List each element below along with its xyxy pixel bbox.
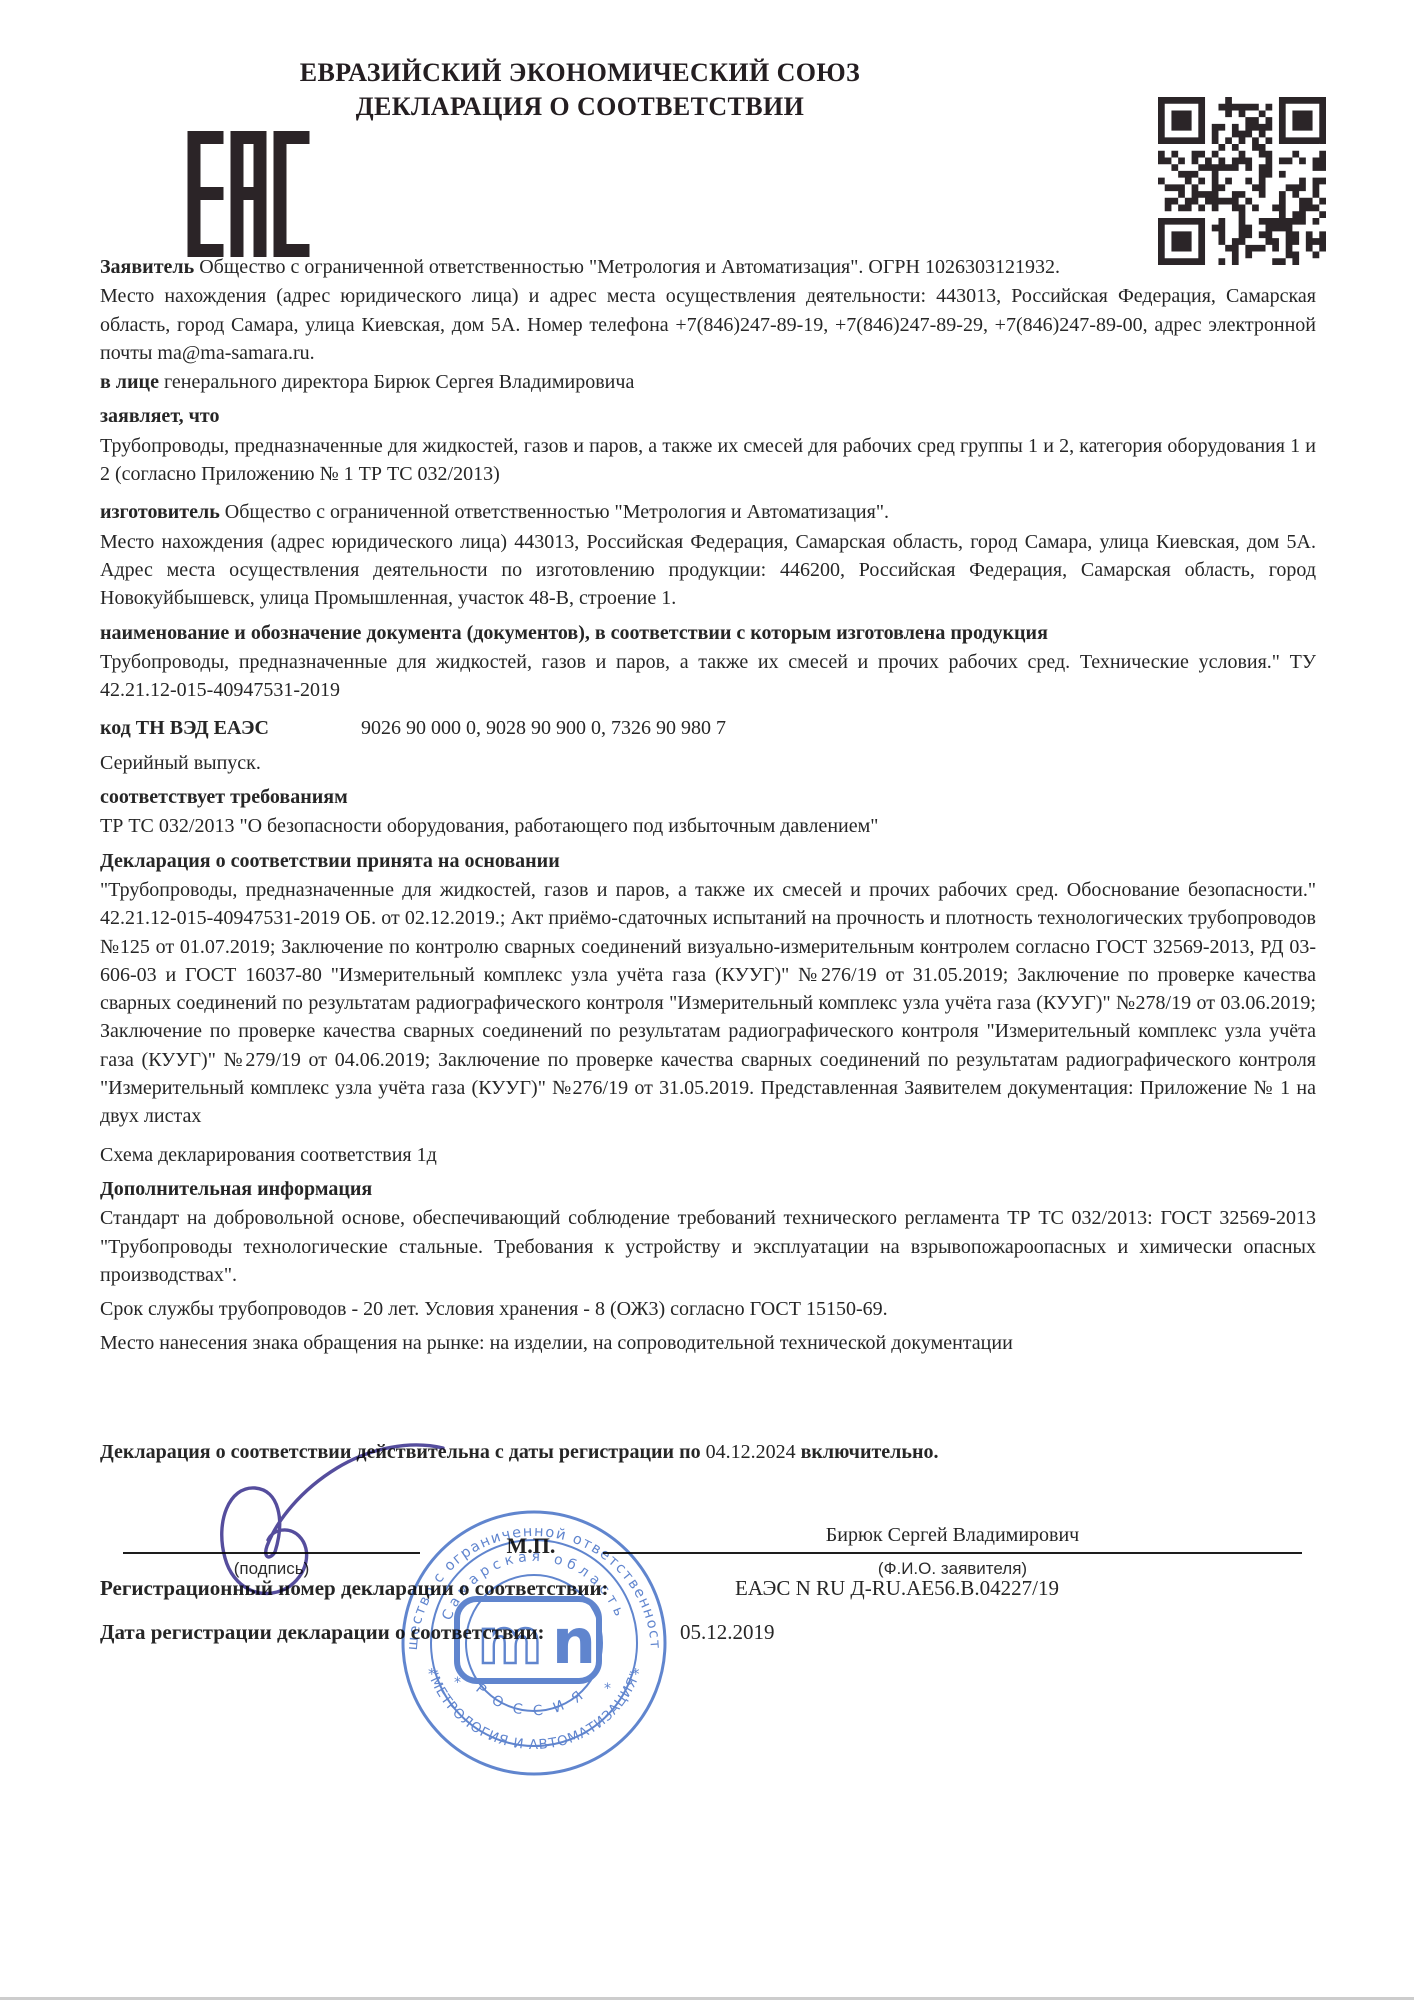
p-product-docs: Трубопроводы, предназначенные для жидкос… bbox=[100, 648, 1316, 705]
applicant-name: Бирюк Сергей Владимирович bbox=[603, 1524, 1302, 1547]
eac-mark-icon bbox=[187, 131, 310, 257]
p-basis-heading: Декларация о соответствии принята на осн… bbox=[100, 847, 1316, 875]
document-header: ЕВРАЗИЙСКИЙ ЭКОНОМИЧЕСКИЙ СОЮЗ ДЕКЛАРАЦИ… bbox=[200, 56, 960, 125]
svg-text:n: n bbox=[552, 1605, 596, 1678]
stamp-monogram-logo: m n bbox=[457, 1599, 599, 1681]
registration-number-value: ЕАЭС N RU Д-RU.АЕ56.В.04227/19 bbox=[735, 1576, 1059, 1601]
stamp-star-outer-left: * bbox=[428, 1665, 436, 1683]
p-applicant-address: Место нахождения (адрес юридического лиц… bbox=[100, 282, 1316, 367]
qr-code-icon bbox=[1158, 97, 1326, 265]
stamp-star-outer-right: * bbox=[632, 1665, 640, 1683]
p-in-person: в лице генерального директора Бирюк Серг… bbox=[100, 368, 1316, 396]
p-regulation: ТР ТС 032/2013 "О безопасности оборудова… bbox=[100, 812, 1316, 840]
company-round-stamp: Общество с ограниченной ответственностью… bbox=[389, 1498, 679, 1788]
p-declares-that: заявляет, что bbox=[100, 402, 1316, 430]
p-product-description: Трубопроводы, предназначенные для жидкос… bbox=[100, 432, 1316, 489]
svg-text:m: m bbox=[478, 1605, 543, 1678]
stamp-country-text: РОССИЯ bbox=[472, 1681, 595, 1720]
p-basis-documents: "Трубопроводы, предназначенные для жидко… bbox=[100, 876, 1316, 1131]
p-voluntary-standard: Стандарт на добровольной основе, обеспеч… bbox=[100, 1204, 1316, 1289]
applicant-name-line bbox=[603, 1552, 1302, 1554]
p-manufacturer-address: Место нахождения (адрес юридического лиц… bbox=[100, 528, 1316, 613]
p-serial-release: Серийный выпуск. bbox=[100, 749, 1316, 777]
p-docs-heading: наименование и обозначение документа (до… bbox=[100, 619, 1316, 647]
p-additional-info-heading: Дополнительная информация bbox=[100, 1175, 1316, 1203]
p-tnved-code: код ТН ВЭД ЕАЭС9026 90 000 0, 9028 90 90… bbox=[100, 714, 1316, 742]
union-title: ЕВРАЗИЙСКИЙ ЭКОНОМИЧЕСКИЙ СОЮЗ bbox=[200, 56, 960, 90]
p-meets-requirements: соответствует требованиям bbox=[100, 783, 1316, 811]
p-manufacturer: изготовитель Общество с ограниченной отв… bbox=[100, 498, 1316, 526]
stamp-star-inner-right: * bbox=[604, 1681, 611, 1697]
p-mark-placement: Место нанесения знака обращения на рынке… bbox=[100, 1329, 1316, 1357]
declaration-of-conformity-document: ЕВРАЗИЙСКИЙ ЭКОНОМИЧЕСКИЙ СОЮЗ ДЕКЛАРАЦИ… bbox=[0, 0, 1414, 2000]
eac-mark-logo bbox=[187, 131, 310, 257]
registration-date-row: Дата регистрации декларации о соответств… bbox=[100, 1620, 1316, 1645]
p-service-life: Срок службы трубопроводов - 20 лет. Усло… bbox=[100, 1295, 1316, 1323]
registration-date-value: 05.12.2019 bbox=[680, 1620, 775, 1645]
document-body: Заявитель Общество с ограниченной ответс… bbox=[100, 252, 1316, 1358]
p-applicant: Заявитель Общество с ограниченной ответс… bbox=[100, 253, 1316, 281]
declaration-title: ДЕКЛАРАЦИЯ О СООТВЕТСТВИИ bbox=[200, 90, 960, 124]
p-declaration-scheme: Схема декларирования соответствия 1д bbox=[100, 1141, 1316, 1169]
stamp-star-inner-left: * bbox=[454, 1675, 461, 1691]
